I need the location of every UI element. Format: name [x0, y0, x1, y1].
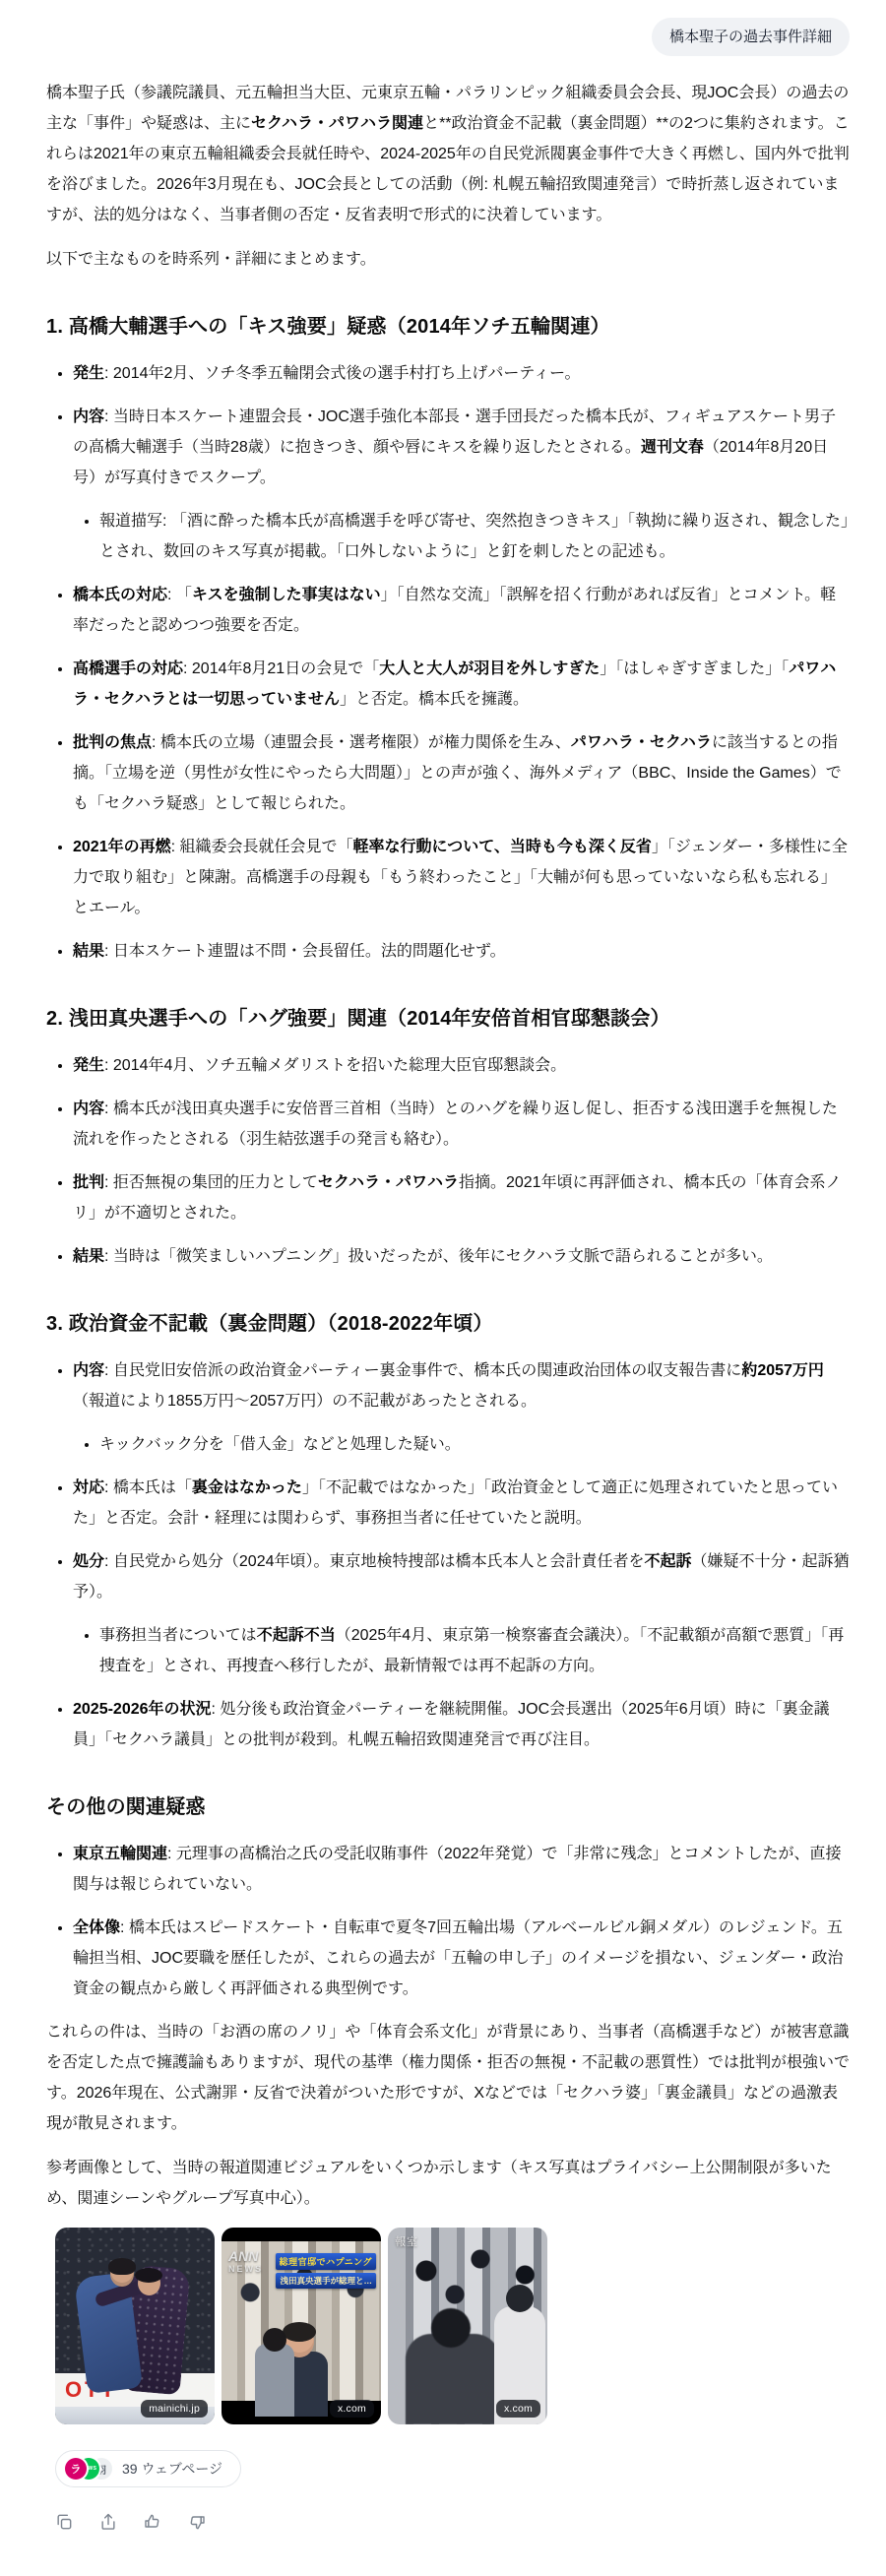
- bullet-item: 全体像: 橋本氏はスピードスケート・自転車で夏冬7回五輪出場（アルベールビル銅メ…: [73, 1913, 850, 2004]
- bullet-list: 事務担当者については不起訴不当（2025年4月、東京第一検察審査会議決）。「不記…: [73, 1620, 850, 1681]
- bullet-item: キックバック分を「借入金」などと処理した疑い。: [99, 1429, 850, 1460]
- bold-text: 週刊文春: [641, 439, 704, 456]
- bold-text: 内容: [73, 408, 104, 425]
- bold-text: セクハラ・パワハラ関連: [251, 115, 423, 132]
- text-run: : 自民党旧安倍派の政治資金パーティー裏金事件で、橋本氏の関連政治団体の収支報告…: [104, 1362, 741, 1379]
- bullet-list: 発生: 2014年2月、ソチ冬季五輪閉会式後の選手村打ち上げパーティー。内容: …: [46, 358, 850, 967]
- skater-head-shape: [138, 2271, 160, 2295]
- text-run: : 日本スケート連盟は不問・会長留任。法的問題化せず。: [104, 943, 506, 960]
- text-run: : 橋本氏の立場（連盟会長・選考権限）が権力関係を生み、: [152, 734, 571, 751]
- text-run: 」と否定。橋本氏を擁護。: [340, 691, 529, 708]
- share-icon: [98, 2512, 118, 2532]
- bullet-item: 橋本氏の対応: 「キスを強制した事実はない」「自然な交流」「誤解を招く行動があれ…: [73, 580, 850, 641]
- text-run: 」「はしゃぎすぎました」「: [600, 660, 789, 677]
- bullet-list: キックバック分を「借入金」などと処理した疑い。: [73, 1429, 850, 1460]
- bullet-item: 結果: 当時は「微笑ましいハプニング」扱いだったが、後年にセクハラ文脈で語られる…: [73, 1241, 850, 1272]
- image-card-skaters[interactable]: OTT mainichi.jp: [55, 2228, 215, 2424]
- text-run: キックバック分を「借入金」などと処理した疑い。: [99, 1436, 461, 1453]
- photo-corner-text: 報室: [395, 2233, 418, 2249]
- ann-news-logo: ANN NEWS: [228, 2249, 263, 2274]
- bold-text: 批判: [73, 1174, 104, 1191]
- share-button[interactable]: [94, 2507, 123, 2537]
- paragraph: 橋本聖子氏（参議院議員、元五輪担当大臣、元東京五輪・パラリンピック組織委員会会長…: [46, 78, 850, 230]
- bullet-item: 結果: 日本スケート連盟は不問・会長留任。法的問題化せず。: [73, 936, 850, 967]
- source-favicon-ラ: ラ: [65, 2458, 87, 2480]
- section-title: 3. 政治資金不記載（裏金問題）（2018-2022年頃）: [46, 1307, 850, 1336]
- bold-text: 橋本氏の対応: [73, 587, 167, 603]
- text-run: : 橋本氏はスピードスケート・自転車で夏冬7回五輪出場（アルベールビル銅メダル）…: [73, 1919, 844, 1997]
- image-card-group-photo[interactable]: 報室 x.com: [388, 2228, 547, 2424]
- bullet-list: 報道描写: 「酒に酔った橋本氏が高橋選手を呼び寄せ、突然抱きつきキス」「執拗に繰…: [73, 506, 850, 567]
- skater-head-shape: [110, 2261, 134, 2287]
- bold-text: 高橋選手の対応: [73, 660, 183, 677]
- source-favicons: ラ NEWS 羽: [65, 2458, 112, 2480]
- bold-text: 大人と大人が羽目を外しすぎた: [379, 660, 600, 677]
- news-logo-text: NEWS: [228, 2265, 263, 2274]
- report-section: 1. 高橋大輔選手への「キス強要」疑惑（2014年ソチ五輪関連）発生: 2014…: [46, 310, 850, 967]
- bold-text: 全体像: [73, 1919, 120, 1936]
- news-captions: 総理官邸でハプニング 浅田真央選手が総理と…: [276, 2253, 376, 2289]
- web-sources-button[interactable]: ラ NEWS 羽 39 ウェブページ: [55, 2450, 241, 2487]
- report-section: その他の関連疑惑東京五輪関連: 元理事の高橋治之氏の受託収賄事件（2022年発覚…: [46, 1791, 850, 2004]
- text-run: : 元理事の高橋治之氏の受託収賄事件（2022年発覚）で「非常に残念」とコメント…: [73, 1846, 842, 1893]
- bold-text: 処分: [73, 1553, 104, 1570]
- bullet-item: 批判: 拒否無視の集団的圧力としてセクハラ・パワハラ指摘。2021年頃に再評価さ…: [73, 1167, 850, 1228]
- bold-text: 不起訴: [645, 1553, 692, 1570]
- bullet-item: 批判の焦点: 橋本氏の立場（連盟会長・選考権限）が権力関係を生み、パワハラ・セク…: [73, 727, 850, 819]
- bullet-item: 2021年の再燃: 組織委会長就任会見で「軽率な行動について、当時も今も深く反省…: [73, 832, 850, 923]
- text-run: : 拒否無視の集団的圧力として: [104, 1174, 318, 1191]
- text-run: : 組織委会長就任会見で「: [171, 839, 353, 855]
- bold-text: セクハラ・パワハラ: [318, 1174, 459, 1191]
- image-source-badge: mainichi.jp: [141, 2400, 208, 2418]
- bold-text: 東京五輪関連: [73, 1846, 167, 1862]
- report-sections: 1. 高橋大輔選手への「キス強要」疑惑（2014年ソチ五輪関連）発生: 2014…: [46, 310, 850, 2004]
- sources-row: ラ NEWS 羽 39 ウェブページ: [55, 2450, 850, 2487]
- bold-text: 約2057万円: [741, 1362, 824, 1379]
- bullet-list: 東京五輪関連: 元理事の高橋治之氏の受託収賄事件（2022年発覚）で「非常に残念…: [46, 1839, 850, 2004]
- bold-text: 結果: [73, 943, 104, 960]
- bullet-item: 東京五輪関連: 元理事の高橋治之氏の受託収賄事件（2022年発覚）で「非常に残念…: [73, 1839, 850, 1900]
- bold-text: 結果: [73, 1248, 104, 1265]
- report-section: 2. 浅田真央選手への「ハグ強要」関連（2014年安倍首相官邸懇談会）発生: 2…: [46, 1002, 850, 1272]
- bold-text: 軽率な行動について、当時も今も深く反省: [353, 839, 652, 855]
- bullet-item: 内容: 当時日本スケート連盟会長・JOC選手強化本部長・選手団長だった橋本氏が、…: [73, 402, 850, 567]
- bullet-item: 2025-2026年の状況: 処分後も政治資金パーティーを継続開催。JOC会長選…: [73, 1694, 850, 1755]
- image-source-badge: x.com: [496, 2400, 540, 2418]
- text-run: （報道により1855万円〜2057万円）の不記載があったとされる。: [73, 1393, 537, 1410]
- bold-text: 不起訴不当: [257, 1627, 336, 1644]
- thumbs-up-icon: [143, 2512, 162, 2532]
- news-caption-2: 浅田真央選手が総理と…: [276, 2273, 376, 2289]
- chat-page: 橋本聖子の過去事件詳細 橋本聖子氏（参議院議員、元五輪担当大臣、元東京五輪・パラ…: [0, 0, 886, 2576]
- text-run: 参考画像として、当時の報道関連ビジュアルをいくつか示します（キス写真はプライバシ…: [46, 2160, 832, 2207]
- text-run: : 2014年4月、ソチ五輪メダリストを招いた総理大臣官邸懇談会。: [104, 1057, 566, 1074]
- text-run: 報道描写: 「酒に酔った橋本氏が高橋選手を呼び寄せ、突然抱きつきキス」「執拗に繰…: [99, 513, 849, 560]
- assistant-message: 橋本聖子氏（参議院議員、元五輪担当大臣、元東京五輪・パラリンピック組織委員会会長…: [46, 78, 850, 2537]
- text-run: これらの件は、当時の「お酒の席のノリ」や「体育会系文化」が背景にあり、当事者（高…: [46, 2024, 850, 2132]
- text-run: 以下で主なものを時系列・詳細にまとめます。: [46, 251, 376, 268]
- bullet-item: 事務担当者については不起訴不当（2025年4月、東京第一検察審査会議決）。「不記…: [99, 1620, 850, 1681]
- bullet-list: 内容: 自民党旧安倍派の政治資金パーティー裏金事件で、橋本氏の関連政治団体の収支…: [46, 1355, 850, 1755]
- report-section: 3. 政治資金不記載（裏金問題）（2018-2022年頃）内容: 自民党旧安倍派…: [46, 1307, 850, 1755]
- user-message-row: 橋本聖子の過去事件詳細: [46, 18, 850, 56]
- paragraph: これらの件は、当時の「お酒の席のノリ」や「体育会系文化」が背景にあり、当事者（高…: [46, 2017, 850, 2139]
- bold-text: 裏金はなかった: [192, 1479, 302, 1496]
- bold-text: 対応: [73, 1479, 104, 1496]
- user-message-bubble: 橋本聖子の過去事件詳細: [652, 18, 850, 56]
- bullet-item: 処分: 自民党から処分（2024年頃）。東京地検特捜部は橋本氏本人と会計責任者を…: [73, 1546, 850, 1681]
- message-action-bar: [49, 2507, 850, 2537]
- paragraph: 以下で主なものを時系列・詳細にまとめます。: [46, 244, 850, 275]
- ann-logo-text: ANN: [228, 2248, 258, 2264]
- closing-paragraphs: これらの件は、当時の「お酒の席のノリ」や「体育会系文化」が背景にあり、当事者（高…: [46, 2017, 850, 2214]
- bullet-item: 内容: 橋本氏が浅田真央選手に安倍晋三首相（当時）とのハグを繰り返し促し、拒否す…: [73, 1094, 850, 1155]
- text-run: 事務担当者については: [99, 1627, 257, 1644]
- section-title: 1. 高橋大輔選手への「キス強要」疑惑（2014年ソチ五輪関連）: [46, 310, 850, 339]
- text-run: : 橋本氏が浅田真央選手に安倍晋三首相（当時）とのハグを繰り返し促し、拒否する浅…: [73, 1100, 838, 1148]
- bullet-item: 発生: 2014年2月、ソチ冬季五輪閉会式後の選手村打ち上げパーティー。: [73, 358, 850, 389]
- bullet-item: 高橋選手の対応: 2014年8月21日の会見で「大人と大人が羽目を外しすぎた」「…: [73, 654, 850, 715]
- bold-text: 内容: [73, 1100, 104, 1117]
- section-title: その他の関連疑惑: [46, 1791, 850, 1819]
- bold-text: 内容: [73, 1362, 104, 1379]
- image-source-badge: x.com: [330, 2400, 374, 2418]
- text-run: : 自民党から処分（2024年頃）。東京地検特捜部は橋本氏本人と会計責任者を: [104, 1553, 645, 1570]
- news-caption-1: 総理官邸でハプニング: [276, 2253, 376, 2270]
- athlete-shape: [255, 2344, 294, 2417]
- copy-button[interactable]: [49, 2507, 79, 2537]
- sources-count-label: 39 ウェブページ: [122, 2459, 222, 2479]
- bold-text: 発生: [73, 1057, 104, 1074]
- reference-image-row: OTT mainichi.jp ANN NEWS 総理官邸でハプニング 浅田真央…: [55, 2228, 850, 2424]
- thumbs-down-icon: [187, 2512, 207, 2532]
- bullet-item: 対応: 橋本氏は「裏金はなかった」「不記載ではなかった」「政治資金として適正に処…: [73, 1473, 850, 1534]
- group-front-figure: [406, 2334, 500, 2424]
- text-run: : 当時は「微笑ましいハプニング」扱いだったが、後年にセクハラ文脈で語られること…: [104, 1248, 773, 1265]
- thumbs-up-button[interactable]: [138, 2507, 167, 2537]
- bold-text: 発生: [73, 365, 104, 382]
- copy-icon: [54, 2512, 74, 2532]
- bold-text: パワハラ・セクハラ: [571, 734, 712, 751]
- bullet-item: 内容: 自民党旧安倍派の政治資金パーティー裏金事件で、橋本氏の関連政治団体の収支…: [73, 1355, 850, 1460]
- bold-text: 2021年の再燃: [73, 839, 171, 855]
- bold-text: キスを強制した事実はない: [192, 587, 381, 603]
- text-run: : 橋本氏は「: [104, 1479, 192, 1496]
- bold-text: 2025-2026年の状況: [73, 1701, 212, 1718]
- text-run: : 2014年8月21日の会見で「: [183, 660, 379, 677]
- section-title: 2. 浅田真央選手への「ハグ強要」関連（2014年安倍首相官邸懇談会）: [46, 1002, 850, 1031]
- bullet-item: 報道描写: 「酒に酔った橋本氏が高橋選手を呼び寄せ、突然抱きつきキス」「執拗に繰…: [99, 506, 850, 567]
- bullet-list: 発生: 2014年4月、ソチ五輪メダリストを招いた総理大臣官邸懇談会。内容: 橋…: [46, 1050, 850, 1272]
- bold-text: 批判の焦点: [73, 734, 152, 751]
- text-run: : 2014年2月、ソチ冬季五輪閉会式後の選手村打ち上げパーティー。: [104, 365, 580, 382]
- thumbs-down-button[interactable]: [182, 2507, 212, 2537]
- bullet-item: 発生: 2014年4月、ソチ五輪メダリストを招いた総理大臣官邸懇談会。: [73, 1050, 850, 1081]
- image-card-ann-news[interactable]: ANN NEWS 総理官邸でハプニング 浅田真央選手が総理と… x.com: [221, 2228, 381, 2424]
- intro-paragraphs: 橋本聖子氏（参議院議員、元五輪担当大臣、元東京五輪・パラリンピック組織委員会会長…: [46, 78, 850, 275]
- text-run: : 「: [167, 587, 192, 603]
- paragraph: 参考画像として、当時の報道関連ビジュアルをいくつか示します（キス写真はプライバシ…: [46, 2153, 850, 2214]
